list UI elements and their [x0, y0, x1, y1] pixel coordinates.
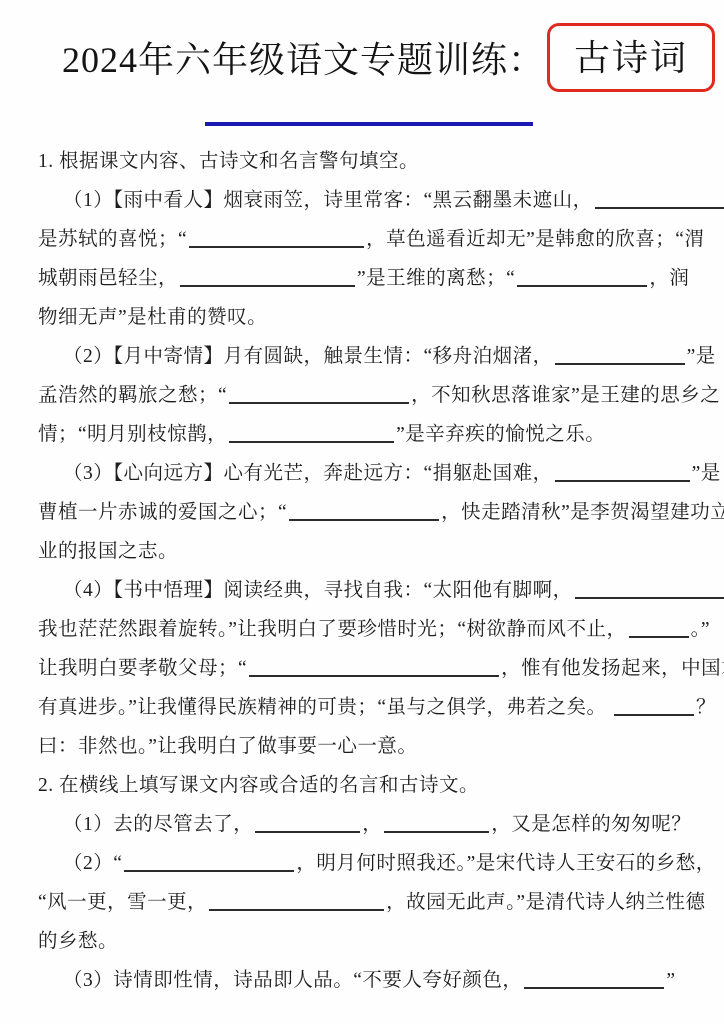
fill-in-blank: [229, 421, 394, 443]
text-segment: ，明月何时照我还。”是宋代诗人王安石的乡愁，: [296, 853, 715, 874]
text-segment: 是苏轼的喜悦；“: [38, 229, 187, 250]
fill-in-blank: [180, 265, 355, 287]
text-line: “风一更，雪一更，，故园无此声。”是清代诗人纳兰性德: [38, 883, 690, 922]
text-segment: ，不知秋思落谁家”是王建的思乡之: [411, 385, 720, 406]
text-segment: 曹植一片赤诚的爱国之心；“: [38, 502, 287, 523]
text-segment: “风一更，雪一更，: [38, 892, 207, 913]
fill-in-blank: [209, 889, 384, 911]
text-line: 是苏轼的喜悦；“，草色遥看近却无”是韩愈的欣喜；“渭: [38, 220, 690, 259]
text-segment: （1）去的尽管去了，: [63, 814, 253, 835]
text-segment: ，故园无此声。”是清代诗人纳兰性德: [386, 892, 705, 913]
text-segment: 1. 根据课文内容、古诗文和名言警句填空。: [38, 151, 419, 172]
text-segment: 。”: [691, 619, 710, 640]
text-line: 有真进步。”让我懂得民族精神的可贵；“虽与之俱学，弗若之矣。 ？: [38, 688, 690, 727]
text-segment: ，: [362, 814, 382, 835]
fill-in-blank: [595, 187, 724, 209]
text-line: 曹植一片赤诚的爱国之心；“，快走踏清秋”是李贺渴望建功立: [38, 493, 690, 532]
text-line: 城朝雨邑轻尘，”是王维的离愁；“，润: [38, 259, 690, 298]
fill-in-blank: [555, 343, 685, 365]
text-line: 2. 在横线上填写课文内容或合适的名言和古诗文。: [38, 766, 690, 805]
text-segment: ，润: [649, 268, 689, 289]
text-segment: 我也茫茫然跟着旋转。”让我明白了要珍惜时光；“树欲静而风不止，: [38, 619, 627, 640]
text-segment: ”是辛弃疾的愉悦之乐。: [396, 424, 605, 445]
fill-in-blank: [517, 265, 647, 287]
worksheet-page: 2024年六年级语文专题训练： 古诗词 1. 根据课文内容、古诗文和名言警句填空…: [0, 0, 724, 1024]
text-segment: ，快走踏清秋”是李贺渴望建功立: [441, 502, 724, 523]
text-segment: ”: [666, 970, 675, 991]
text-segment: ”是: [692, 463, 721, 484]
page-title: 2024年六年级语文专题训练： 古诗词: [62, 26, 690, 88]
text-line: 情；“明月别枝惊鹊，”是辛弃疾的愉悦之乐。: [38, 415, 690, 454]
text-segment: ，又是怎样的匆匆呢？: [491, 814, 691, 835]
text-line: （3）诗情即性情，诗品即人品。“不要人夸好颜色，”: [38, 961, 690, 1000]
text-segment: ？: [696, 697, 716, 718]
title-divider: [205, 122, 533, 126]
text-segment: 有真进步。”让我懂得民族精神的可贵；“虽与之俱学，弗若之矣。: [38, 697, 612, 718]
text-line: 物细无声”是杜甫的赞叹。: [38, 298, 690, 337]
fill-in-blank: [249, 655, 499, 677]
fill-in-blank: [229, 382, 409, 404]
text-segment: ”是王维的离愁；“: [357, 268, 515, 289]
text-segment: （4）【书中悟理】阅读经典，寻找自我：“太阳他有脚啊，: [63, 580, 573, 601]
text-line: （1）【雨中看人】烟衰雨笠，诗里常客：“黑云翻墨未遮山，”: [38, 181, 690, 220]
text-line: 我也茫茫然跟着旋转。”让我明白了要珍惜时光；“树欲静而风不止，。”: [38, 610, 690, 649]
fill-in-blank: [555, 460, 690, 482]
text-line: （2）“，明月何时照我还。”是宋代诗人王安石的乡愁，: [38, 844, 690, 883]
text-line: 1. 根据课文内容、古诗文和名言警句填空。: [38, 142, 690, 181]
text-segment: （3）诗情即性情，诗品即人品。“不要人夸好颜色，: [63, 970, 522, 991]
text-segment: 的乡愁。: [38, 931, 118, 952]
text-segment: ，草色遥看近却无”是韩愈的欣喜；“渭: [366, 229, 704, 250]
text-segment: （1）【雨中看人】烟衰雨笠，诗里常客：“黑云翻墨未遮山，: [63, 190, 593, 211]
text-line: 曰：非然也。”让我明白了做事要一心一意。: [38, 727, 690, 766]
text-segment: （2）【月中寄情】月有圆缺，触景生情：“移舟泊烟渚，: [63, 346, 553, 367]
text-segment: 物细无声”是杜甫的赞叹。: [38, 307, 267, 328]
text-segment: 2. 在横线上填写课文内容或合适的名言和古诗文。: [38, 775, 479, 796]
fill-in-blank: [384, 811, 489, 833]
text-segment: 曰：非然也。”让我明白了做事要一心一意。: [38, 736, 417, 757]
text-segment: （2）“: [63, 853, 122, 874]
text-line: 让我明白要孝敬父母；“，惟有他发扬起来，中国才: [38, 649, 690, 688]
text-segment: 业的报国之志。: [38, 541, 178, 562]
fill-in-blank: [614, 694, 694, 716]
text-line: （4）【书中悟理】阅读经典，寻找自我：“太阳他有脚啊，，: [38, 571, 690, 610]
text-line: （2）【月中寄情】月有圆缺，触景生情：“移舟泊烟渚，”是: [38, 337, 690, 376]
fill-in-blank: [255, 811, 360, 833]
text-segment: 让我明白要孝敬父母；“: [38, 658, 247, 679]
text-segment: 孟浩然的羁旅之愁；“: [38, 385, 227, 406]
text-line: （1）去的尽管去了，，，又是怎样的匆匆呢？: [38, 805, 690, 844]
text-segment: ，惟有他发扬起来，中国才: [501, 658, 724, 679]
text-segment: 城朝雨邑轻尘，: [38, 268, 178, 289]
text-line: 的乡愁。: [38, 922, 690, 961]
fill-in-blank: [189, 226, 364, 248]
fill-in-blank: [289, 499, 439, 521]
text-segment: ”是: [687, 346, 716, 367]
title-text: 2024年六年级语文专题训练：: [62, 32, 545, 83]
fill-in-blank: [629, 616, 689, 638]
title-topic-box: 古诗词: [547, 23, 715, 92]
fill-in-blank: [524, 967, 664, 989]
fill-in-blank: [124, 850, 294, 872]
text-line: 孟浩然的羁旅之愁；“，不知秋思落谁家”是王建的思乡之: [38, 376, 690, 415]
fill-in-blank: [575, 577, 724, 599]
title-topic-label: 古诗词: [574, 30, 688, 81]
text-segment: （3）【心向远方】心有光芒，奔赴远方：“捐躯赴国难，: [63, 463, 553, 484]
text-segment: 情；“明月别枝惊鹊，: [38, 424, 227, 445]
text-line: （3）【心向远方】心有光芒，奔赴远方：“捐躯赴国难，”是: [38, 454, 690, 493]
document-body: 1. 根据课文内容、古诗文和名言警句填空。（1）【雨中看人】烟衰雨笠，诗里常客：…: [38, 142, 690, 1000]
text-line: 业的报国之志。: [38, 532, 690, 571]
